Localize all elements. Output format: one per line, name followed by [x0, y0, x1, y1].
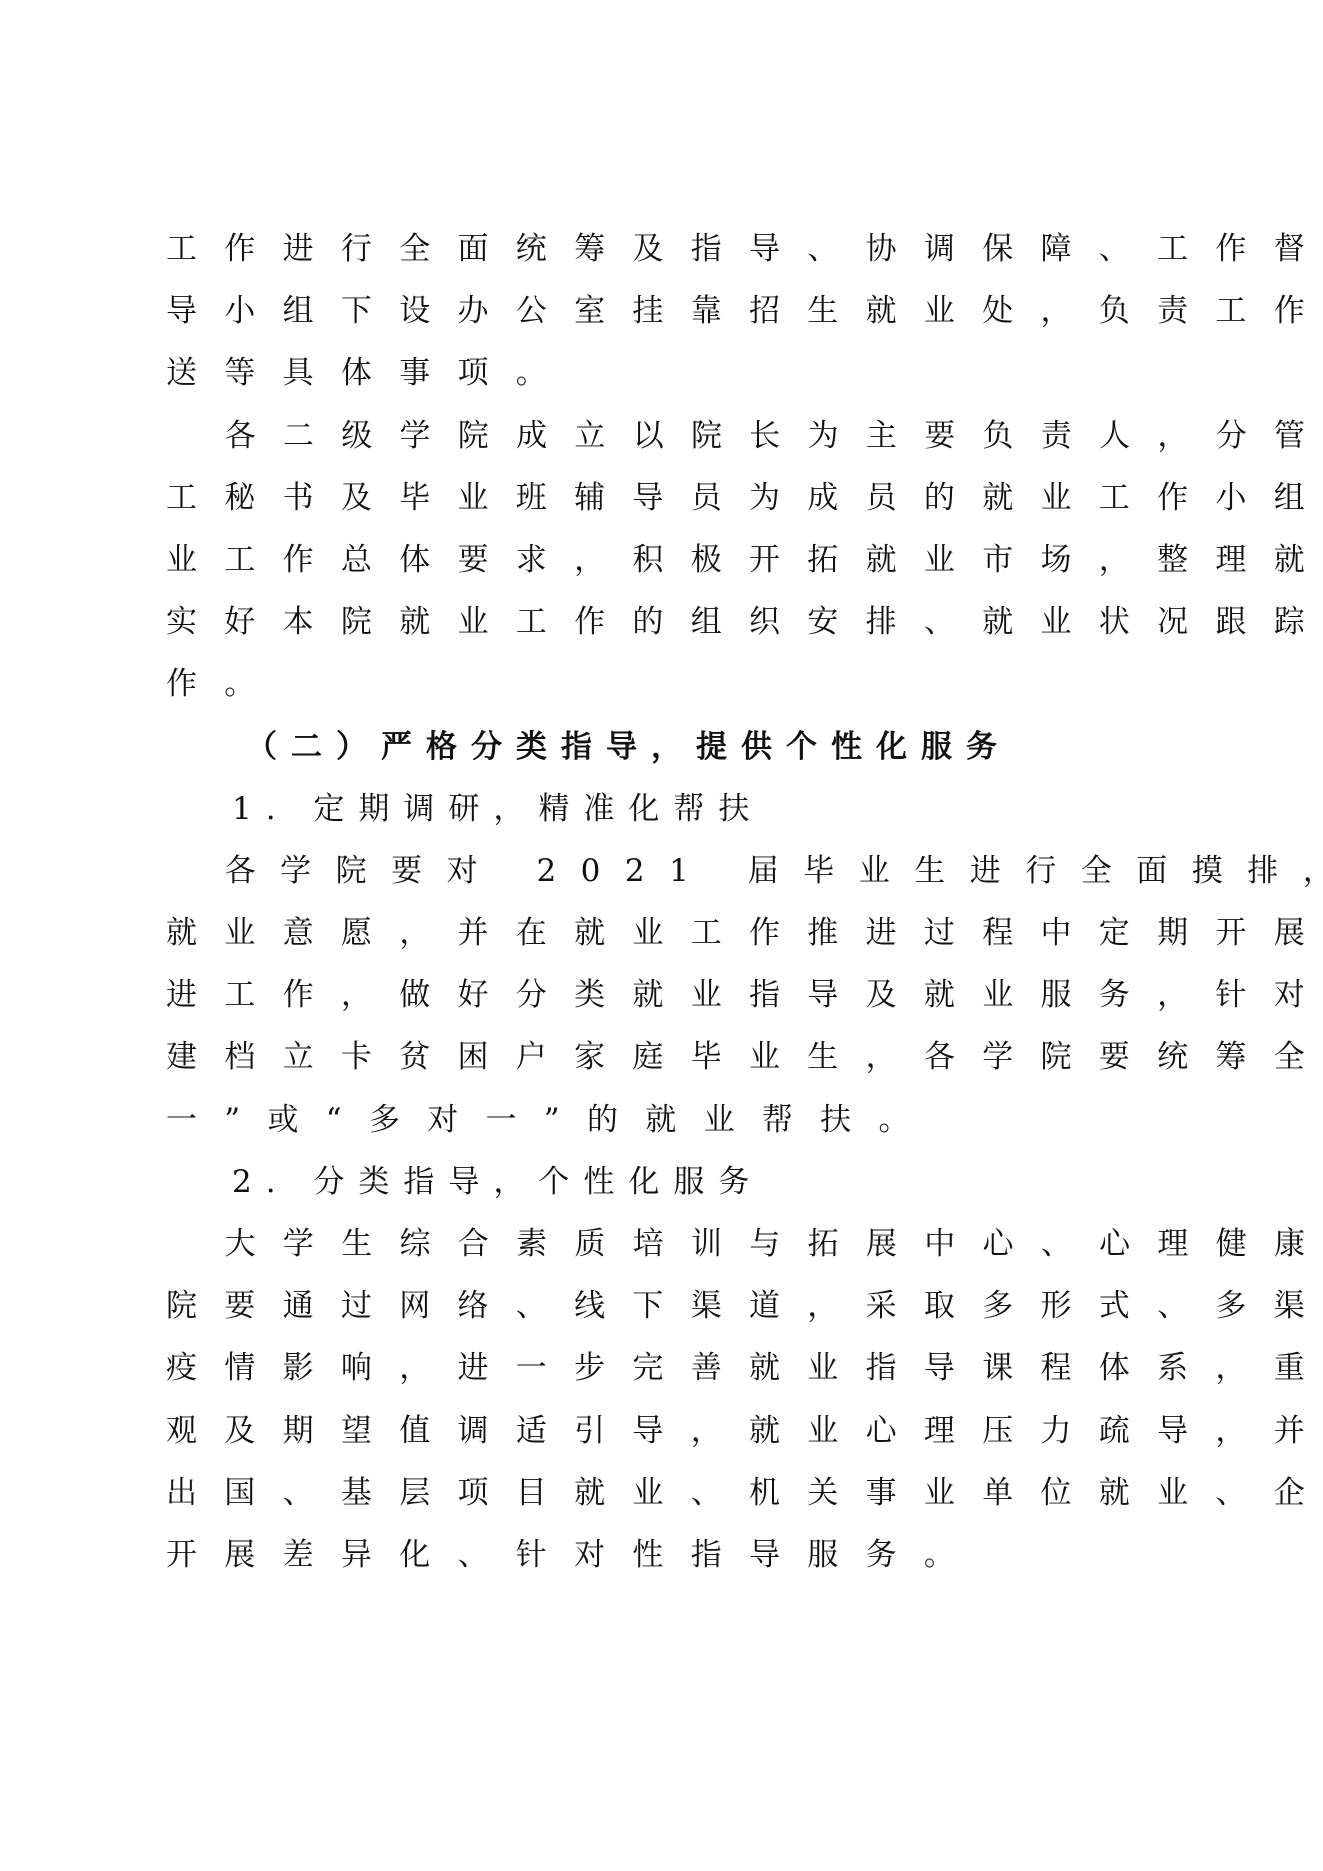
text-line: 观及期望值调适引导，就业心理压力疏导，并根据毕业生升学、: [166, 1400, 1166, 1462]
document-page: 工作进行全面统筹及指导、协调保障、工作督促及考核评价。领 导小组下设办公室挂靠招…: [166, 218, 1166, 1586]
text-line: 大学生综合素质培训与拓展中心、心理健康中心与各二级学: [166, 1213, 1166, 1275]
subsection-heading-1: 1. 定期调研，精准化帮扶: [166, 778, 1166, 840]
text-line: 一”或“多对一”的就业帮扶。: [166, 1089, 1166, 1151]
text-line: 工作进行全面统筹及指导、协调保障、工作督促及考核评价。领: [166, 218, 1166, 280]
text-line: 各二级学院成立以院长为主要负责人，分管就业副院长、学: [166, 405, 1166, 467]
text-line: 疫情影响，进一步完善就业指导课程体系，重点做好毕业生就业: [166, 1337, 1166, 1399]
paragraph-regular-survey: 各学院要对 2021 届毕业生进行全面摸排，掌握每位毕业生 就业意愿，并在就业工…: [166, 840, 1166, 1151]
text-line: 导小组下设办公室挂靠招生就业处，负责工作协调落实、信息报: [166, 280, 1166, 342]
text-line: 工秘书及毕业班辅导员为成员的就业工作小组，严格按照学校就: [166, 467, 1166, 529]
paragraph-leadership-office: 工作进行全面统筹及指导、协调保障、工作督促及考核评价。领 导小组下设办公室挂靠招…: [166, 218, 1166, 405]
text-line: 实好本院就业工作的组织安排、就业状况跟踪及具体指导服务工: [166, 591, 1166, 653]
text-line: 就业意愿，并在就业工作推进过程中定期开展毕业生就业状况跟: [166, 902, 1166, 964]
subsection-heading-2: 2. 分类指导，个性化服务: [166, 1151, 1166, 1213]
text-line: 各学院要对 2021 届毕业生进行全面摸排，掌握每位毕业生: [166, 840, 1166, 902]
text-line: 开展差异化、针对性指导服务。: [166, 1524, 1166, 1586]
text-line: 送等具体事项。: [166, 342, 1166, 404]
section-heading: （二）严格分类指导，提供个性化服务: [166, 716, 1166, 778]
text-line: 院要通过网络、线下渠道，采取多形式、多渠道形成联动，针对: [166, 1275, 1166, 1337]
paragraph-college-work-groups: 各二级学院成立以院长为主要负责人，分管就业副院长、学 工秘书及毕业班辅导员为成员…: [166, 405, 1166, 716]
text-line: 作。: [166, 653, 1166, 715]
text-line: 建档立卡贫困户家庭毕业生，各学院要统筹全院力量提供“一对: [166, 1026, 1166, 1088]
paragraph-classified-guidance: 大学生综合素质培训与拓展中心、心理健康中心与各二级学 院要通过网络、线下渠道，采…: [166, 1213, 1166, 1586]
text-line: 业工作总体要求，积极开拓就业市场，整理就业资源及信息，落: [166, 529, 1166, 591]
text-line: 进工作，做好分类就业指导及就业服务，针对特殊群体毕业生和: [166, 964, 1166, 1026]
text-line: 出国、基层项目就业、机关事业单位就业、企业就业等就业形式: [166, 1462, 1166, 1524]
